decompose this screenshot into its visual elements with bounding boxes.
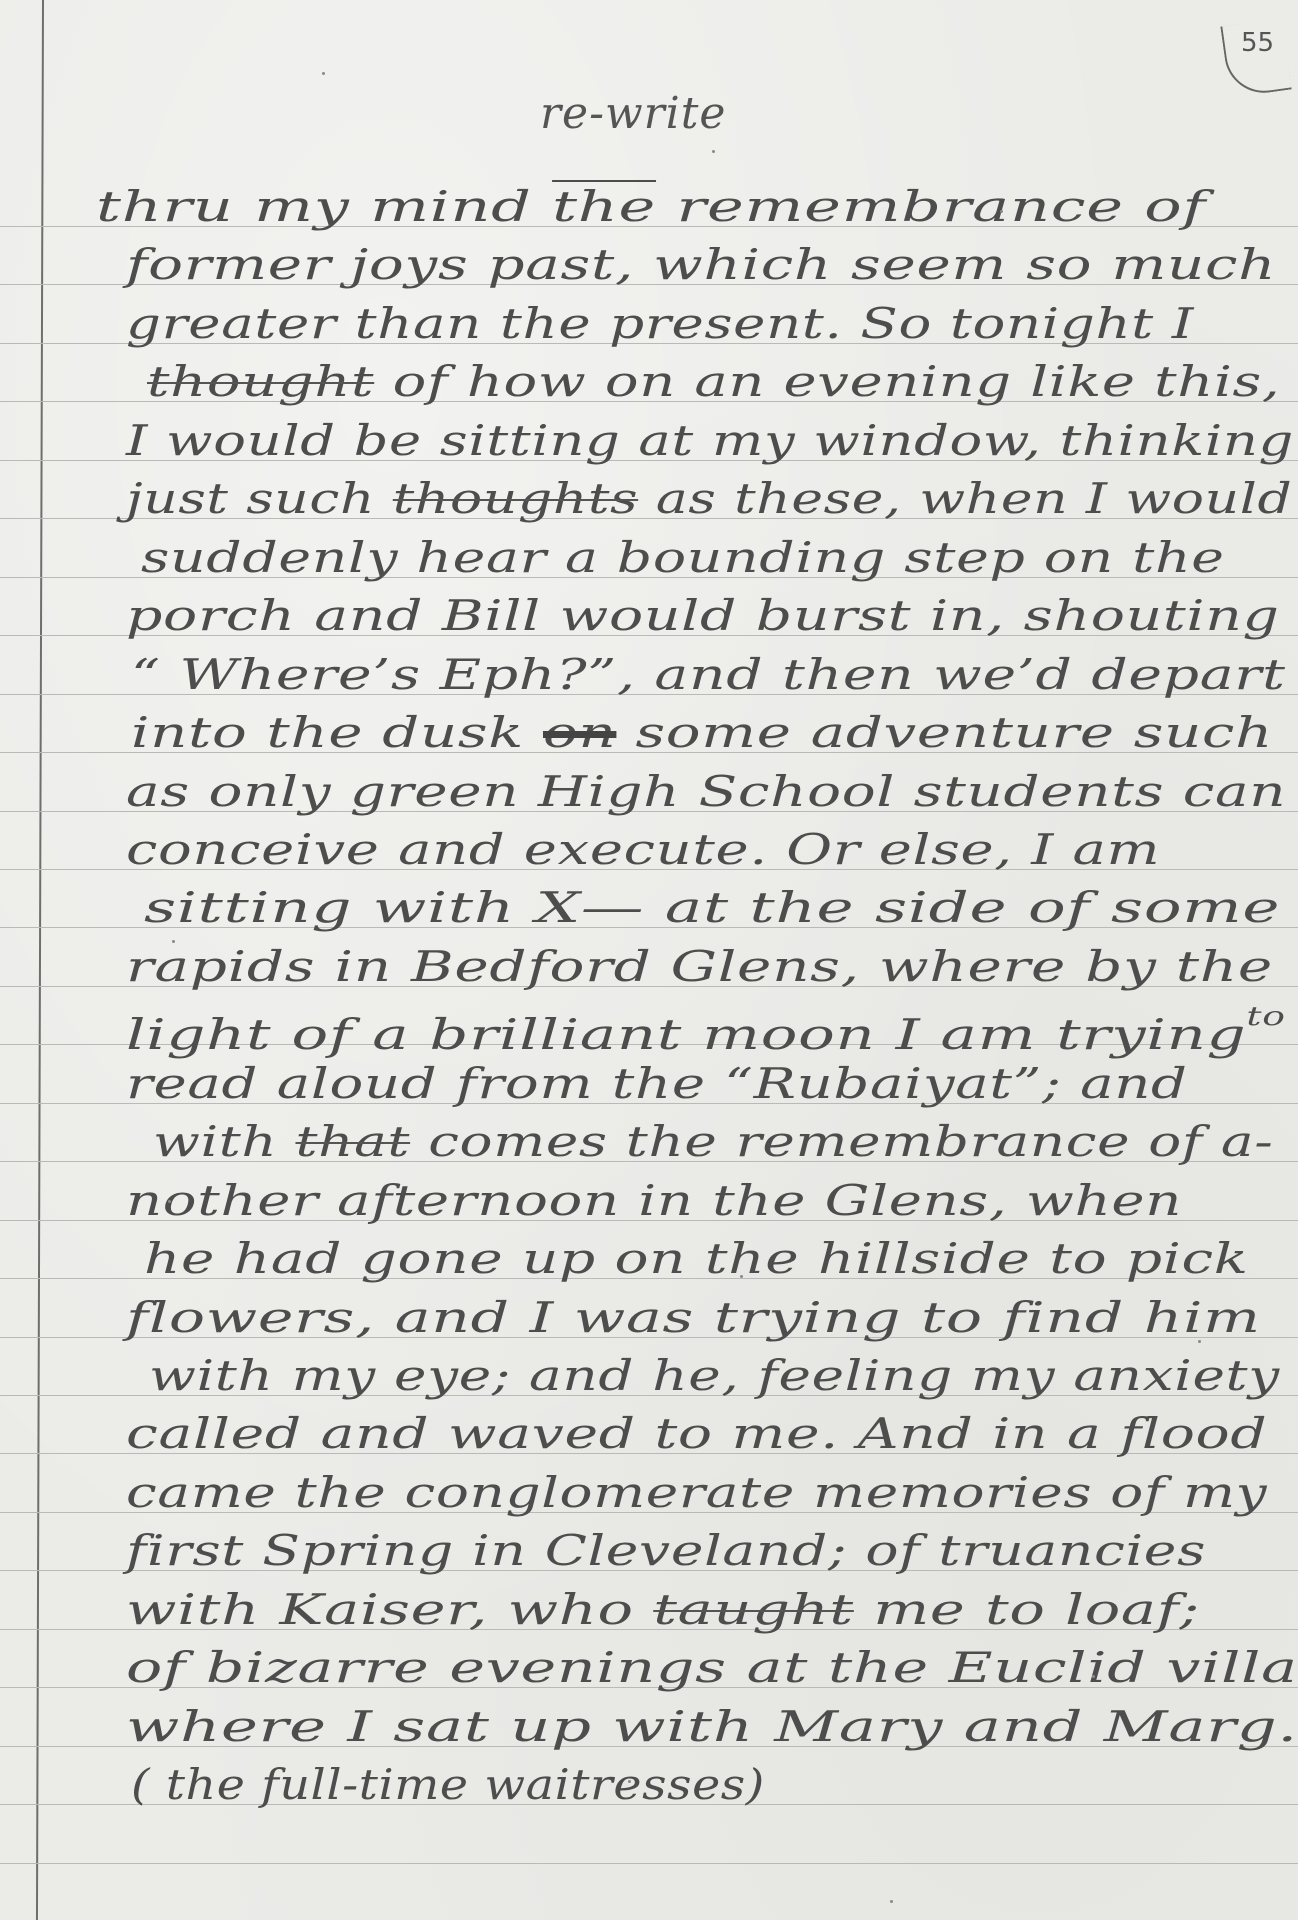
text-line: suddenly hear a bounding step on the xyxy=(141,537,1225,579)
text-line: rapids in Bedford Glens, where by the xyxy=(126,946,1273,988)
paper-speck xyxy=(172,940,175,943)
text-segment: with xyxy=(153,1117,295,1166)
struck-word: taught xyxy=(653,1585,854,1634)
text-line: as only green High School students can xyxy=(126,771,1286,813)
text-segment: greater than the present. So tonight I xyxy=(126,299,1194,348)
text-line: sitting with X— at the side of some xyxy=(144,887,1280,929)
struck-word: thoughts xyxy=(393,474,638,523)
text-segment: with Kaiser, who xyxy=(126,1585,653,1634)
text-line: into the dusk on some adventure such xyxy=(131,712,1273,754)
text-segment: as only green High School students can xyxy=(126,767,1286,816)
text-line: first Spring in Cleveland; of truancies xyxy=(126,1530,1206,1572)
text-line: came the conglomerate memories of my xyxy=(126,1472,1267,1514)
text-segment: “ Where’s Eph?”, and then we’d depart xyxy=(131,650,1286,699)
text-segment: remembrance of xyxy=(656,182,1206,231)
page-number-text: 55 xyxy=(1241,28,1274,58)
text-line: former joys past, which seem so much xyxy=(126,244,1276,286)
text-line: flowers, and I was trying to find him xyxy=(126,1297,1261,1339)
paper-speck xyxy=(890,1900,893,1903)
margin-line xyxy=(36,0,44,1920)
text-segment: called and waved to me. And in a flood xyxy=(126,1409,1267,1458)
text-line: read aloud from the “Rubaiyat”; and xyxy=(126,1063,1188,1105)
text-segment: conceive and execute. Or else, I am xyxy=(126,825,1160,874)
struck-word: on xyxy=(543,708,616,757)
text-segment: suddenly hear a bounding step on the xyxy=(141,533,1225,582)
text-line: with that comes the remembrance of a- xyxy=(153,1121,1273,1163)
text-segment: of bizarre evenings at the Euclid villa xyxy=(126,1643,1298,1692)
text-segment: first Spring in Cleveland; of truancies xyxy=(126,1526,1206,1575)
paper-speck xyxy=(1092,1675,1095,1678)
text-segment: comes the remembrance of a- xyxy=(410,1117,1273,1166)
text-segment: with my eye; and he, feeling my anxiety xyxy=(149,1351,1280,1400)
text-segment: thru my mind xyxy=(96,182,552,231)
text-segment: light of a brilliant moon I am trying xyxy=(126,1010,1246,1059)
text-segment: just such xyxy=(126,474,393,523)
inserted-word: to xyxy=(1246,1002,1285,1032)
text-line: just such thoughts as these, when I woul… xyxy=(126,478,1292,520)
text-line: nother afternoon in the Glens, when xyxy=(126,1180,1182,1222)
text-segment: I would be sitting at my window, thinkin… xyxy=(126,416,1294,465)
text-segment: read aloud from the “Rubaiyat”; and xyxy=(126,1059,1188,1108)
text-segment: nother afternoon in the Glens, when xyxy=(126,1176,1182,1225)
text-line: of bizarre evenings at the Euclid villa xyxy=(126,1647,1298,1689)
text-line: light of a brilliant moon I am tryingto xyxy=(126,1004,1286,1056)
paper-speck xyxy=(628,1780,631,1783)
text-segment: came the conglomerate memories of my xyxy=(126,1468,1267,1517)
rewrite-heading: re-write xyxy=(540,88,726,139)
paper-speck xyxy=(1000,210,1003,213)
text-segment: ( the full-time waitresses) xyxy=(131,1760,765,1809)
page-number: 55 xyxy=(1225,22,1289,94)
paper-speck xyxy=(712,150,715,153)
text-segment: into the dusk xyxy=(131,708,543,757)
text-line: called and waved to me. And in a flood xyxy=(126,1413,1267,1455)
text-segment: he had gone up on the hillside to pick xyxy=(144,1234,1249,1283)
text-line: “ Where’s Eph?”, and then we’d depart xyxy=(131,654,1286,696)
paper-speck xyxy=(168,1200,171,1203)
text-segment: where I sat up with Mary and Marg. xyxy=(126,1702,1298,1751)
text-segment: rapids in Bedford Glens, where by the xyxy=(126,942,1273,991)
ruled-line xyxy=(0,1863,1298,1864)
text-segment: former joys past, which seem so much xyxy=(126,240,1276,289)
notebook-page: 55 re-write thru my mind the remembrance… xyxy=(0,0,1298,1920)
text-segment: some adventure such xyxy=(616,708,1273,757)
text-line: where I sat up with Mary and Marg. xyxy=(126,1706,1298,1748)
text-segment: of how on an evening like this, xyxy=(374,357,1280,406)
text-line: conceive and execute. Or else, I am xyxy=(126,829,1160,871)
text-line: with my eye; and he, feeling my anxiety xyxy=(149,1355,1280,1397)
struck-word: that xyxy=(295,1117,410,1166)
text-line: I would be sitting at my window, thinkin… xyxy=(126,420,1294,462)
text-line: he had gone up on the hillside to pick xyxy=(144,1238,1249,1280)
struck-word: thought xyxy=(147,357,374,406)
text-line: porch and Bill would burst in, shouting xyxy=(126,595,1280,637)
text-line: with Kaiser, who taught me to loaf; xyxy=(126,1589,1200,1631)
text-line: greater than the present. So tonight I xyxy=(126,303,1194,345)
text-segment: porch and Bill would burst in, shouting xyxy=(126,591,1280,640)
text-segment: me to loaf; xyxy=(854,1585,1200,1634)
paper-speck xyxy=(740,1275,743,1278)
text-line: thru my mind the remembrance of xyxy=(96,186,1206,228)
text-segment: as these, when I would xyxy=(638,474,1292,523)
text-segment: sitting with X— at the side of some xyxy=(144,883,1280,932)
paper-speck xyxy=(322,72,325,75)
paper-speck xyxy=(1198,1340,1201,1343)
text-segment: the xyxy=(552,182,656,231)
text-line: thought of how on an evening like this, xyxy=(147,361,1280,403)
text-line: ( the full-time waitresses) xyxy=(131,1764,765,1806)
text-segment: flowers, and I was trying to find him xyxy=(126,1293,1261,1342)
